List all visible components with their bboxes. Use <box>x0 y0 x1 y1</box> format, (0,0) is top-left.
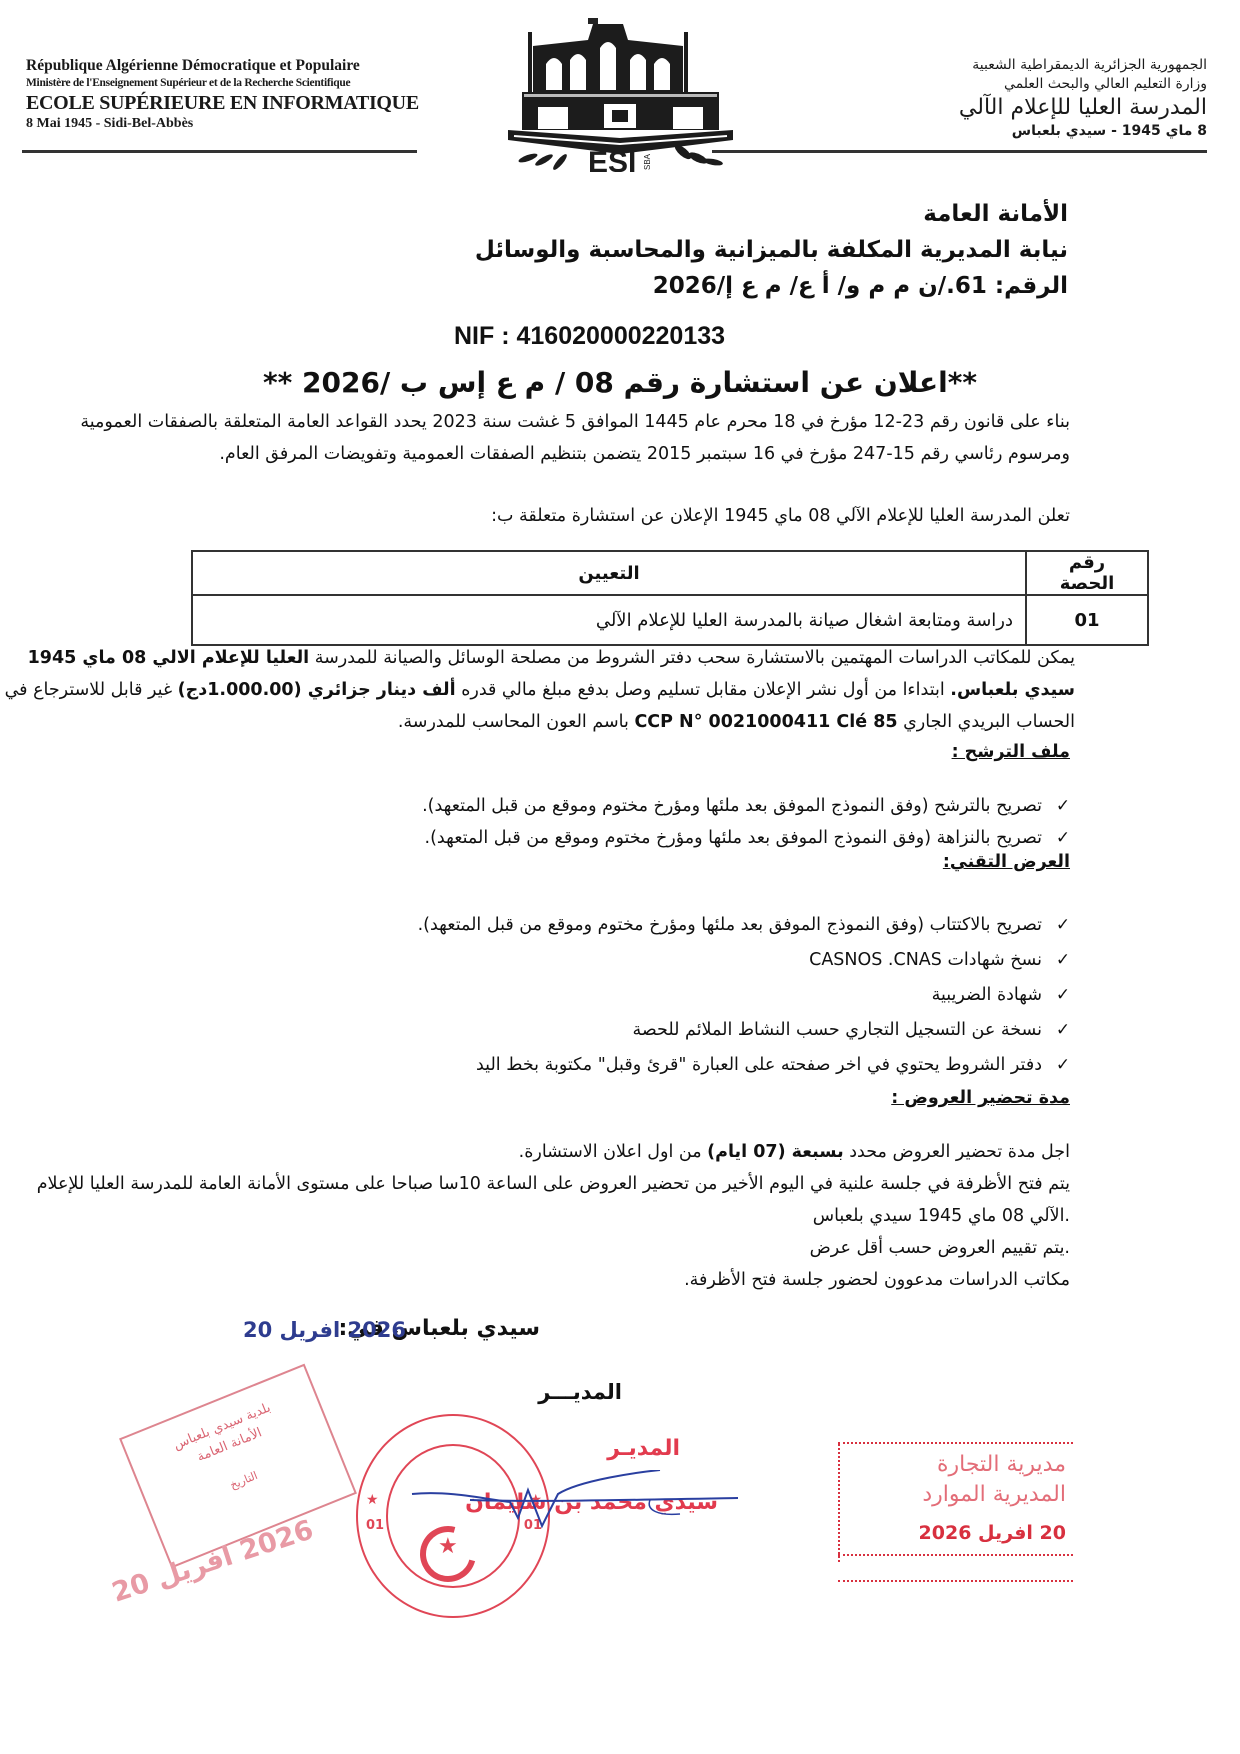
checkmark-icon: ✓ <box>1054 1048 1072 1083</box>
lot-number-cell: 01 <box>1026 595 1148 645</box>
general-secretariat: الأمانة العامة <box>168 196 1068 232</box>
column-header-lot-number: رقم الحصة <box>1026 551 1148 595</box>
checkmark-icon: ✓ <box>1054 943 1072 978</box>
lot-designation-cell: دراسة ومتابعة اشغال صيانة بالمدرسة العلي… <box>192 595 1026 645</box>
legal-basis-line: بناء على قانون رقم 23-12 مؤرخ في 18 محرم… <box>0 406 1070 438</box>
sub-directorate: نيابة المديرية المكلفة بالميزانية والمحا… <box>168 232 1068 268</box>
checkmark-icon: ✓ <box>1054 1013 1072 1048</box>
commerce-directorate-stamp: مديرية التجارة المديرية الموارد 20 افريل… <box>838 1430 1078 1580</box>
ministry-name-ar: وزارة التعليم العالي والبحث العلمي <box>707 75 1207 94</box>
technical-offer-heading: العرض التقني: <box>943 852 1070 872</box>
checkmark-icon: ✓ <box>1054 908 1072 943</box>
school-name-fr: ECOLE SUPÉRIEURE EN INFORMATIQUE <box>26 91 426 115</box>
school-name-ar: المدرسة العليا للإعلام الآلي <box>707 94 1207 122</box>
table-header-row: رقم الحصة التعيين <box>192 551 1148 595</box>
logo-text: ESI <box>588 146 636 172</box>
department-block: الأمانة العامة نيابة المديرية المكلفة با… <box>168 196 1068 304</box>
school-address-fr: 8 Mai 1945 - Sidi-Bel-Abbès <box>26 115 426 132</box>
nif-number: NIF : 416020000220133 <box>454 322 725 351</box>
ministry-name-fr: Ministère de l'Enseignement Supérieur et… <box>26 75 426 91</box>
svg-text:SBA: SBA <box>643 153 652 170</box>
ccp-account: CCP N° 0021000411 Clé 85 <box>634 712 897 732</box>
director-label: المديـــر <box>538 1380 622 1404</box>
candidature-list: ✓تصريح بالترشح (وفق النموذج الموفق بعد م… <box>172 790 1072 854</box>
withdrawal-line: يمكن للمكاتب الدراسات المهتمين بالاستشار… <box>0 642 1075 674</box>
list-item: ✓دفتر الشروط يحتوي في اخر صفحته على العب… <box>172 1048 1072 1083</box>
star-icon: ★ <box>366 1492 379 1508</box>
list-item: ✓تصريح بالترشح (وفق النموذج الموفق بعد م… <box>172 790 1072 822</box>
preparation-line: .الآلي 08 ماي 1945 سيدي بلعباس <box>0 1200 1070 1232</box>
header-arabic: الجمهورية الجزائرية الديمقراطية الشعبية … <box>707 56 1207 140</box>
lots-table: رقم الحصة التعيين 01 دراسة ومتابعة اشغال… <box>191 550 1149 646</box>
intro-text: تعلن المدرسة العليا للإعلام الآلي 08 ماي… <box>0 500 1070 532</box>
republic-name-ar: الجمهورية الجزائرية الديمقراطية الشعبية <box>707 56 1207 75</box>
school-address-ar: 8 ماي 1945 - سيدي بلعباس <box>707 122 1207 140</box>
checkmark-icon: ✓ <box>1054 790 1072 822</box>
list-item: ✓نسخ شهادات CASNOS .CNAS <box>172 943 1072 978</box>
technical-offer-list: ✓تصريح بالاكتتاب (وفق النموذج الموفق بعد… <box>172 908 1072 1083</box>
candidature-heading: ملف الترشح : <box>952 742 1070 762</box>
list-item: ✓تصريح بالاكتتاب (وفق النموذج الموفق بعد… <box>172 908 1072 943</box>
list-item: ✓شهادة الضريبية <box>172 978 1072 1013</box>
preparation-line: .يتم تقييم العروض حسب أقل عرض <box>0 1232 1070 1264</box>
header-divider-right <box>712 150 1207 153</box>
signatory-title: المديـر <box>607 1436 680 1461</box>
school-building-logo-icon: ESI SBA <box>508 12 733 172</box>
preparation-heading: مدة تحضير العروض : <box>891 1088 1070 1108</box>
checkmark-icon: ✓ <box>1054 978 1072 1013</box>
withdrawal-line: الحساب البريدي الجاري CCP N° 0021000411 … <box>0 706 1075 738</box>
withdrawal-paragraph: يمكن للمكاتب الدراسات المهتمين بالاستشار… <box>0 642 1075 738</box>
legal-basis-line: ومرسوم رئاسي رقم 15-247 مؤرخ في 16 سبتمب… <box>0 438 1070 470</box>
seal-number: 01 <box>366 1518 384 1533</box>
handwritten-signature <box>410 1470 740 1550</box>
header-french: République Algérienne Démocratique et Po… <box>26 56 426 132</box>
preparation-line: مكاتب الدراسات مدعوون لحضور جلسة فتح الأ… <box>0 1264 1070 1296</box>
header-divider-left <box>22 150 417 153</box>
list-item: ✓تصريح بالنزاهة (وفق النموذج الموفق بعد … <box>172 822 1072 854</box>
preparation-line: اجل مدة تحضير العروض محدد بسبعة (07 ايام… <box>0 1136 1070 1168</box>
checkmark-icon: ✓ <box>1054 822 1072 854</box>
table-row: 01 دراسة ومتابعة اشغال صيانة بالمدرسة ال… <box>192 595 1148 645</box>
legal-basis: بناء على قانون رقم 23-12 مؤرخ في 18 محرم… <box>0 406 1070 470</box>
reference-number: الرقم: 61./ن م م و/ أ ع/ م ع إ/2026 <box>168 268 1068 304</box>
column-header-designation: التعيين <box>192 551 1026 595</box>
list-item: ✓نسخة عن التسجيل التجاري حسب النشاط المل… <box>172 1013 1072 1048</box>
preparation-paragraph: اجل مدة تحضير العروض محدد بسبعة (07 ايام… <box>0 1136 1070 1296</box>
announcement-title: **اعلان عن استشارة رقم 08 / م ع إس ب /20… <box>0 366 1240 399</box>
preparation-line: يتم فتح الأظرفة في جلسة علنية في اليوم ا… <box>0 1168 1070 1200</box>
withdrawal-line: سيدي بلعباس. ابتداءا من أول نشر الإعلان … <box>0 674 1075 706</box>
received-date: 20 افريل 2026 <box>919 1522 1066 1544</box>
date-stamp: 2026 افريل 20 <box>243 1318 406 1342</box>
republic-name-fr: République Algérienne Démocratique et Po… <box>26 56 426 75</box>
